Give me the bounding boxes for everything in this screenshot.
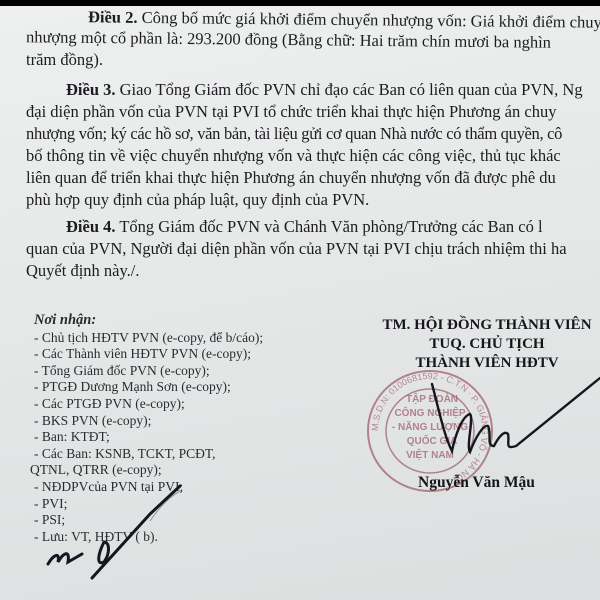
- article-4-line-2: quan của PVN, Người đại diện phần vốn củ…: [26, 239, 567, 259]
- svg-text:CÔNG NGHIỆP: CÔNG NGHIỆP: [394, 406, 465, 419]
- article-4-line-3: Quyết định này./.: [26, 261, 140, 281]
- recipient-item: - Các Thành viên HĐTV PVN (e-copy);: [34, 346, 263, 363]
- recipient-item: - Chủ tịch HĐTV PVN (e-copy, để b/cáo);: [34, 330, 263, 347]
- article-3-text: Giao Tổng Giám đốc PVN chỉ đạo các Ban c…: [116, 80, 583, 99]
- recipient-item: - PSI;: [34, 512, 263, 529]
- recipient-item: - Tổng Giám đốc PVN (e-copy);: [34, 363, 263, 380]
- recipient-item: - BKS PVN (e-copy);: [34, 413, 263, 430]
- recipient-item: - Ban: KTĐT;: [34, 429, 263, 446]
- recipient-item: - Các Ban: KSNB, TCKT, PCĐT,: [34, 446, 263, 463]
- article-4-label: Điều 4.: [66, 217, 116, 236]
- signature-line-2: TUQ. CHỦ TỊCH: [352, 335, 600, 354]
- article-3-line-2: đại diện phần vốn của PVN tại PVI tổ chứ…: [26, 102, 556, 122]
- article-3-line-3: nhượng vốn; ký các hồ sơ, văn bản, tài l…: [26, 124, 562, 144]
- recipient-item: - NĐDPVcủa PVN tại PVI;: [34, 479, 263, 496]
- recipients-title: Nơi nhận:: [34, 312, 263, 329]
- recipient-item: - Các PTGĐ PVN (e-copy);: [34, 396, 263, 413]
- signature-line-1: TM. HỘI ĐỒNG THÀNH VIÊN: [352, 316, 600, 335]
- article-2-line-3: trăm đồng).: [26, 50, 103, 70]
- recipient-item: - Lưu: VT, HĐTV ( b).: [34, 529, 263, 546]
- article-2-text: Công bố mức giá khởi điểm chuyển nhượng …: [137, 8, 600, 32]
- recipient-item: - PVI;: [34, 496, 263, 513]
- recipient-item: - PTGĐ Dương Mạnh Sơn (e-copy);: [34, 379, 263, 396]
- article-3-line-1: Điều 3. Giao Tổng Giám đốc PVN chỉ đạo c…: [66, 80, 583, 100]
- article-3-line-6: phù hợp quy định của pháp luật, quy định…: [26, 190, 369, 210]
- article-3-line-5: liên quan để triển khai thực hiện Phương…: [26, 168, 556, 188]
- signer-name: Nguyễn Văn Mậu: [418, 474, 535, 492]
- article-3-line-4: bố thông tin về việc chuyển nhượng vốn v…: [26, 146, 561, 166]
- signature-block: TM. HỘI ĐỒNG THÀNH VIÊN TUQ. CHỦ TỊCH TH…: [352, 316, 600, 373]
- article-2-label: Điều 2.: [88, 7, 138, 27]
- svg-text:VIỆT NAM: VIỆT NAM: [406, 448, 454, 461]
- article-2-line-2: nhượng một cổ phần là: 293.200 đồng (Bằn…: [26, 27, 551, 52]
- svg-text:TẬP ĐOÀN: TẬP ĐOÀN: [406, 392, 458, 405]
- article-4-line-1: Điều 4. Tổng Giám đốc PVN và Chánh Văn p…: [66, 217, 543, 237]
- svg-text:- NĂNG LƯỢNG: - NĂNG LƯỢNG: [392, 420, 468, 433]
- article-3-label: Điều 3.: [66, 80, 116, 99]
- document-page: Điều 2. Công bố mức giá khởi điểm chuyển…: [0, 6, 600, 600]
- svg-text:QUỐC GIA: QUỐC GIA: [407, 433, 458, 447]
- recipient-item: QTNL, QTRR (e-copy);: [30, 462, 263, 479]
- recipients-list: Nơi nhận: - Chủ tịch HĐTV PVN (e-copy, đ…: [34, 312, 263, 545]
- article-4-text: Tổng Giám đốc PVN và Chánh Văn phòng/Trư…: [116, 217, 543, 236]
